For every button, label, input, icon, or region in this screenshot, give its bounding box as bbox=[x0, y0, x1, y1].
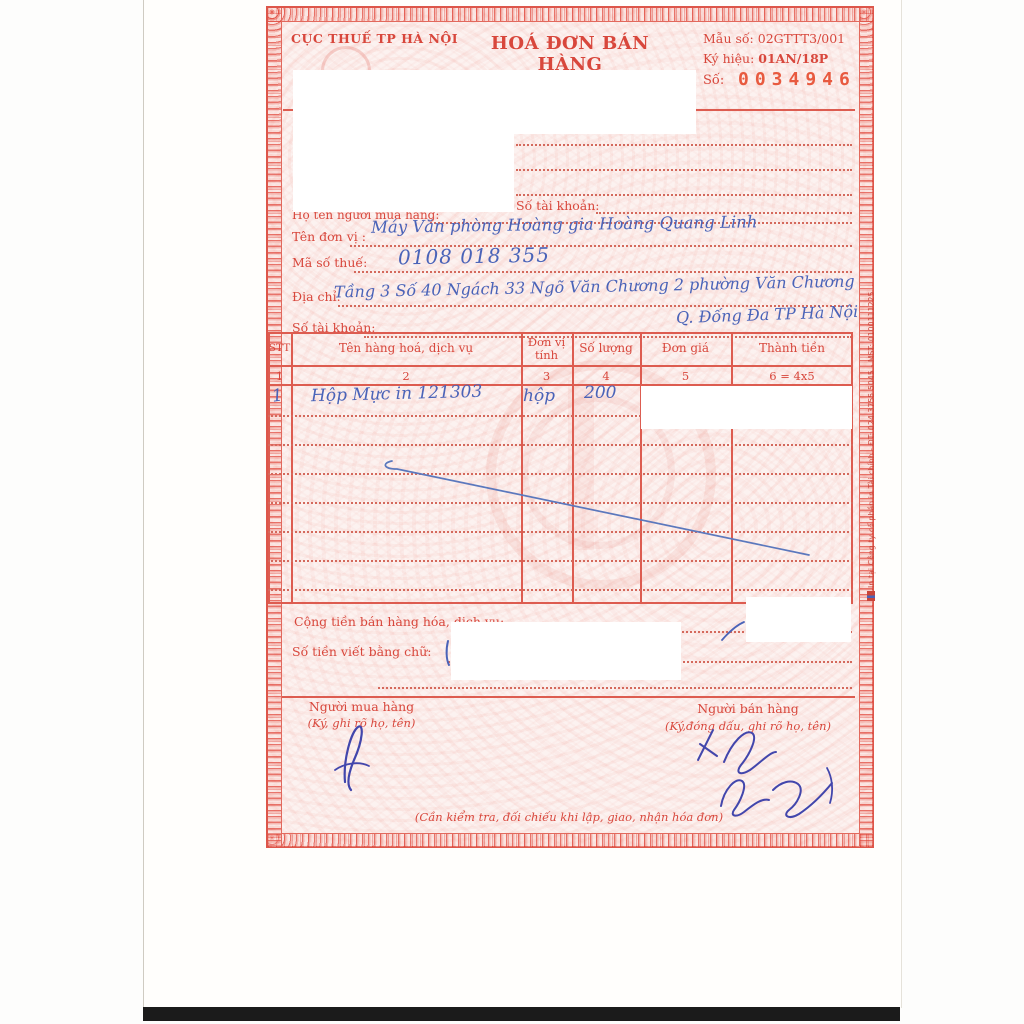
table-header-bottom-line bbox=[268, 365, 853, 367]
serial-label: Số: bbox=[703, 73, 724, 88]
border-lace-top bbox=[268, 8, 872, 22]
paper-sheet: CỤC THUẾ TP HÀ NỘI HOÁ ĐƠN BÁN HÀNG Mẫu … bbox=[143, 0, 902, 1008]
th-don-gia: Đơn giá bbox=[640, 332, 731, 365]
total-pen-tick bbox=[720, 620, 746, 644]
totals-separator-line bbox=[282, 696, 855, 698]
colnum-6: 6 = 4x5 bbox=[731, 369, 853, 383]
border-lace-bottom bbox=[268, 833, 872, 847]
redaction-box-total bbox=[451, 622, 681, 680]
issuer-name: CỤC THUẾ TP HÀ NỘI bbox=[291, 31, 458, 46]
seller-signature-title: Người bán hàng bbox=[688, 701, 808, 716]
colnum-5: 5 bbox=[640, 369, 731, 383]
scanned-invoice-page: CỤC THUẾ TP HÀ NỘI HOÁ ĐƠN BÁN HÀNG Mẫu … bbox=[0, 0, 1024, 1024]
buyer-address-handwritten: Tầng 3 Số 40 Ngách 33 Ngõ Văn Chương 2 p… bbox=[334, 272, 855, 302]
buyer-org-handwritten: Máy Văn phòng Hoàng gia Hoàng Quang Linh bbox=[371, 212, 758, 236]
colnum-3: 3 bbox=[521, 369, 572, 383]
seller-dotted-line-3 bbox=[516, 191, 852, 196]
form-number-label: Mẫu số: bbox=[703, 31, 754, 46]
buyer-signature-scribble bbox=[323, 720, 383, 798]
series-value: 01AN/18P bbox=[758, 51, 828, 66]
serial-number: 0034946 bbox=[738, 69, 856, 90]
form-number-value: 02GTTT3/001 bbox=[758, 31, 845, 46]
amount-in-words-label: Số tiền viết bằng chữ: bbox=[292, 644, 431, 659]
seller-dotted-line-1 bbox=[516, 141, 852, 146]
th-stt: STT bbox=[268, 332, 291, 365]
form-number-line: Mẫu số: 02GTTT3/001 bbox=[703, 31, 845, 46]
buyer-org-label: Tên đơn vị : bbox=[292, 229, 366, 244]
th-thanh-tien: Thành tiền bbox=[731, 332, 853, 365]
series-line: Ký hiệu: 01AN/18P bbox=[703, 51, 828, 66]
footer-check-note: (Cần kiểm tra, đối chiếu khi lập, giao, … bbox=[414, 810, 724, 824]
table-dotted-row-7 bbox=[268, 586, 853, 591]
seller-account-label: Số tài khoản: bbox=[516, 198, 600, 213]
redaction-box-row1-amount bbox=[641, 386, 852, 429]
amount-in-words-dotted-line-2 bbox=[378, 684, 852, 689]
row1-qty-handwritten: 200 bbox=[584, 383, 616, 403]
invoice-title: HOÁ ĐƠN BÁN HÀNG bbox=[464, 33, 676, 75]
seller-name-signature bbox=[711, 760, 846, 824]
redaction-box-total-right bbox=[746, 597, 851, 642]
redaction-box-seller-left bbox=[293, 134, 514, 212]
row1-unit-handwritten: hộp bbox=[523, 386, 555, 406]
buyer-tax-label: Mã số thuế: bbox=[292, 255, 367, 270]
th-ten-hang: Tên hàng hoá, dịch vụ bbox=[291, 332, 521, 365]
series-label: Ký hiệu: bbox=[703, 51, 754, 66]
invoice-frame: CỤC THUẾ TP HÀ NỘI HOÁ ĐƠN BÁN HÀNG Mẫu … bbox=[268, 8, 872, 846]
print-house-credit: In tại Công ty cổ phần in Tài chính - ĐT… bbox=[867, 322, 876, 588]
th-don-vi-tinh: Đơn vị tính bbox=[521, 332, 572, 365]
diagonal-strike-line bbox=[378, 452, 818, 567]
buyer-tax-handwritten: 0108 018 355 bbox=[398, 243, 550, 270]
scanner-black-bar bbox=[143, 1007, 900, 1021]
print-house-logo-icon bbox=[867, 591, 875, 601]
redaction-box-seller-top bbox=[293, 70, 696, 134]
table-dotted-row-2 bbox=[268, 441, 853, 446]
colnum-4: 4 bbox=[572, 369, 640, 383]
colnum-1: 1 bbox=[268, 369, 291, 383]
buyer-signature-title: Người mua hàng bbox=[304, 699, 419, 714]
colnum-2: 2 bbox=[291, 369, 521, 383]
seller-dotted-line-2 bbox=[516, 166, 852, 171]
th-so-luong: Số lượng bbox=[572, 332, 640, 365]
